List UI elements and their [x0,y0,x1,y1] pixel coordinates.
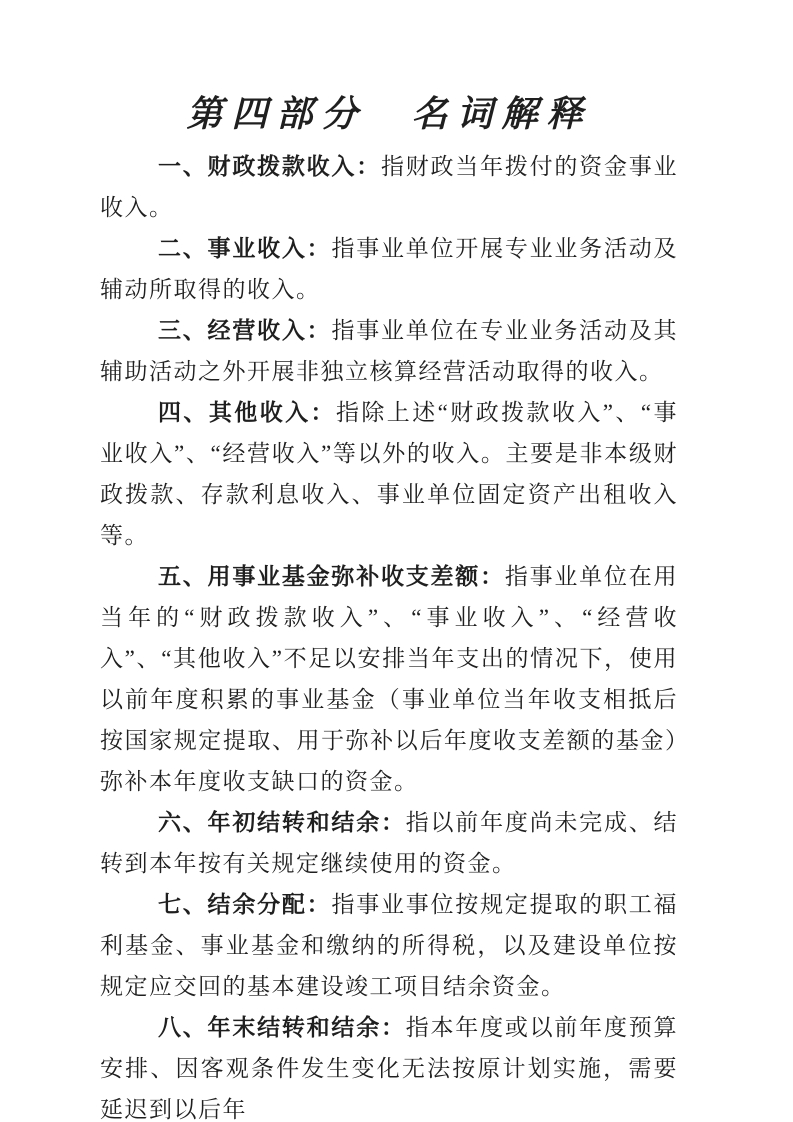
paragraph: 四、其他收入：指除上述“财政拨款收入”、“事业收入”、“经营收入”等以外的收入。… [100,392,678,556]
paragraph-head: 八、年末结转和结余： [158,1015,406,1040]
page-title: 第四部分 名词解释 [100,90,678,138]
paragraph-head: 一、财政拨款收入： [158,154,381,179]
paragraph-head: 五、用事业基金弥补收支差额： [158,564,505,589]
paragraph: 五、用事业基金弥补收支差额：指事业单位在用当年的“财政拨款收入”、“事业收入”、… [100,556,678,802]
paragraph: 二、事业收入：指事业单位开展专业业务活动及辅动所取得的收入。 [100,228,678,310]
paragraph: 一、财政拨款收入：指财政当年拨付的资金事业收入。 [100,146,678,228]
paragraph-head: 七、结余分配： [158,892,331,917]
paragraph-head: 三、经营收入： [158,318,331,343]
document-page: 第四部分 名词解释 一、财政拨款收入：指财政当年拨付的资金事业收入。 二、事业收… [0,0,793,1122]
paragraph: 七、结余分配：指事业事位按规定提取的职工福利基金、事业基金和缴纳的所得税，以及建… [100,884,678,1007]
paragraph: 六、年初结转和结余：指以前年度尚未完成、结转到本年按有关规定继续使用的资金。 [100,802,678,884]
paragraph-head: 六、年初结转和结余： [158,810,406,835]
paragraph-body: 指事业单位在用当年的“财政拨款收入”、“事业收入”、“经营收入”、“其他收入”不… [100,564,678,794]
paragraph-head: 四、其他收入： [158,400,336,425]
paragraph: 三、经营收入：指事业单位在专业业务活动及其辅助活动之外开展非独立核算经营活动取得… [100,310,678,392]
paragraph-head: 二、事业收入： [158,236,331,261]
paragraph: 八、年末结转和结余：指本年度或以前年度预算安排、因客观条件发生变化无法按原计划实… [100,1007,678,1122]
